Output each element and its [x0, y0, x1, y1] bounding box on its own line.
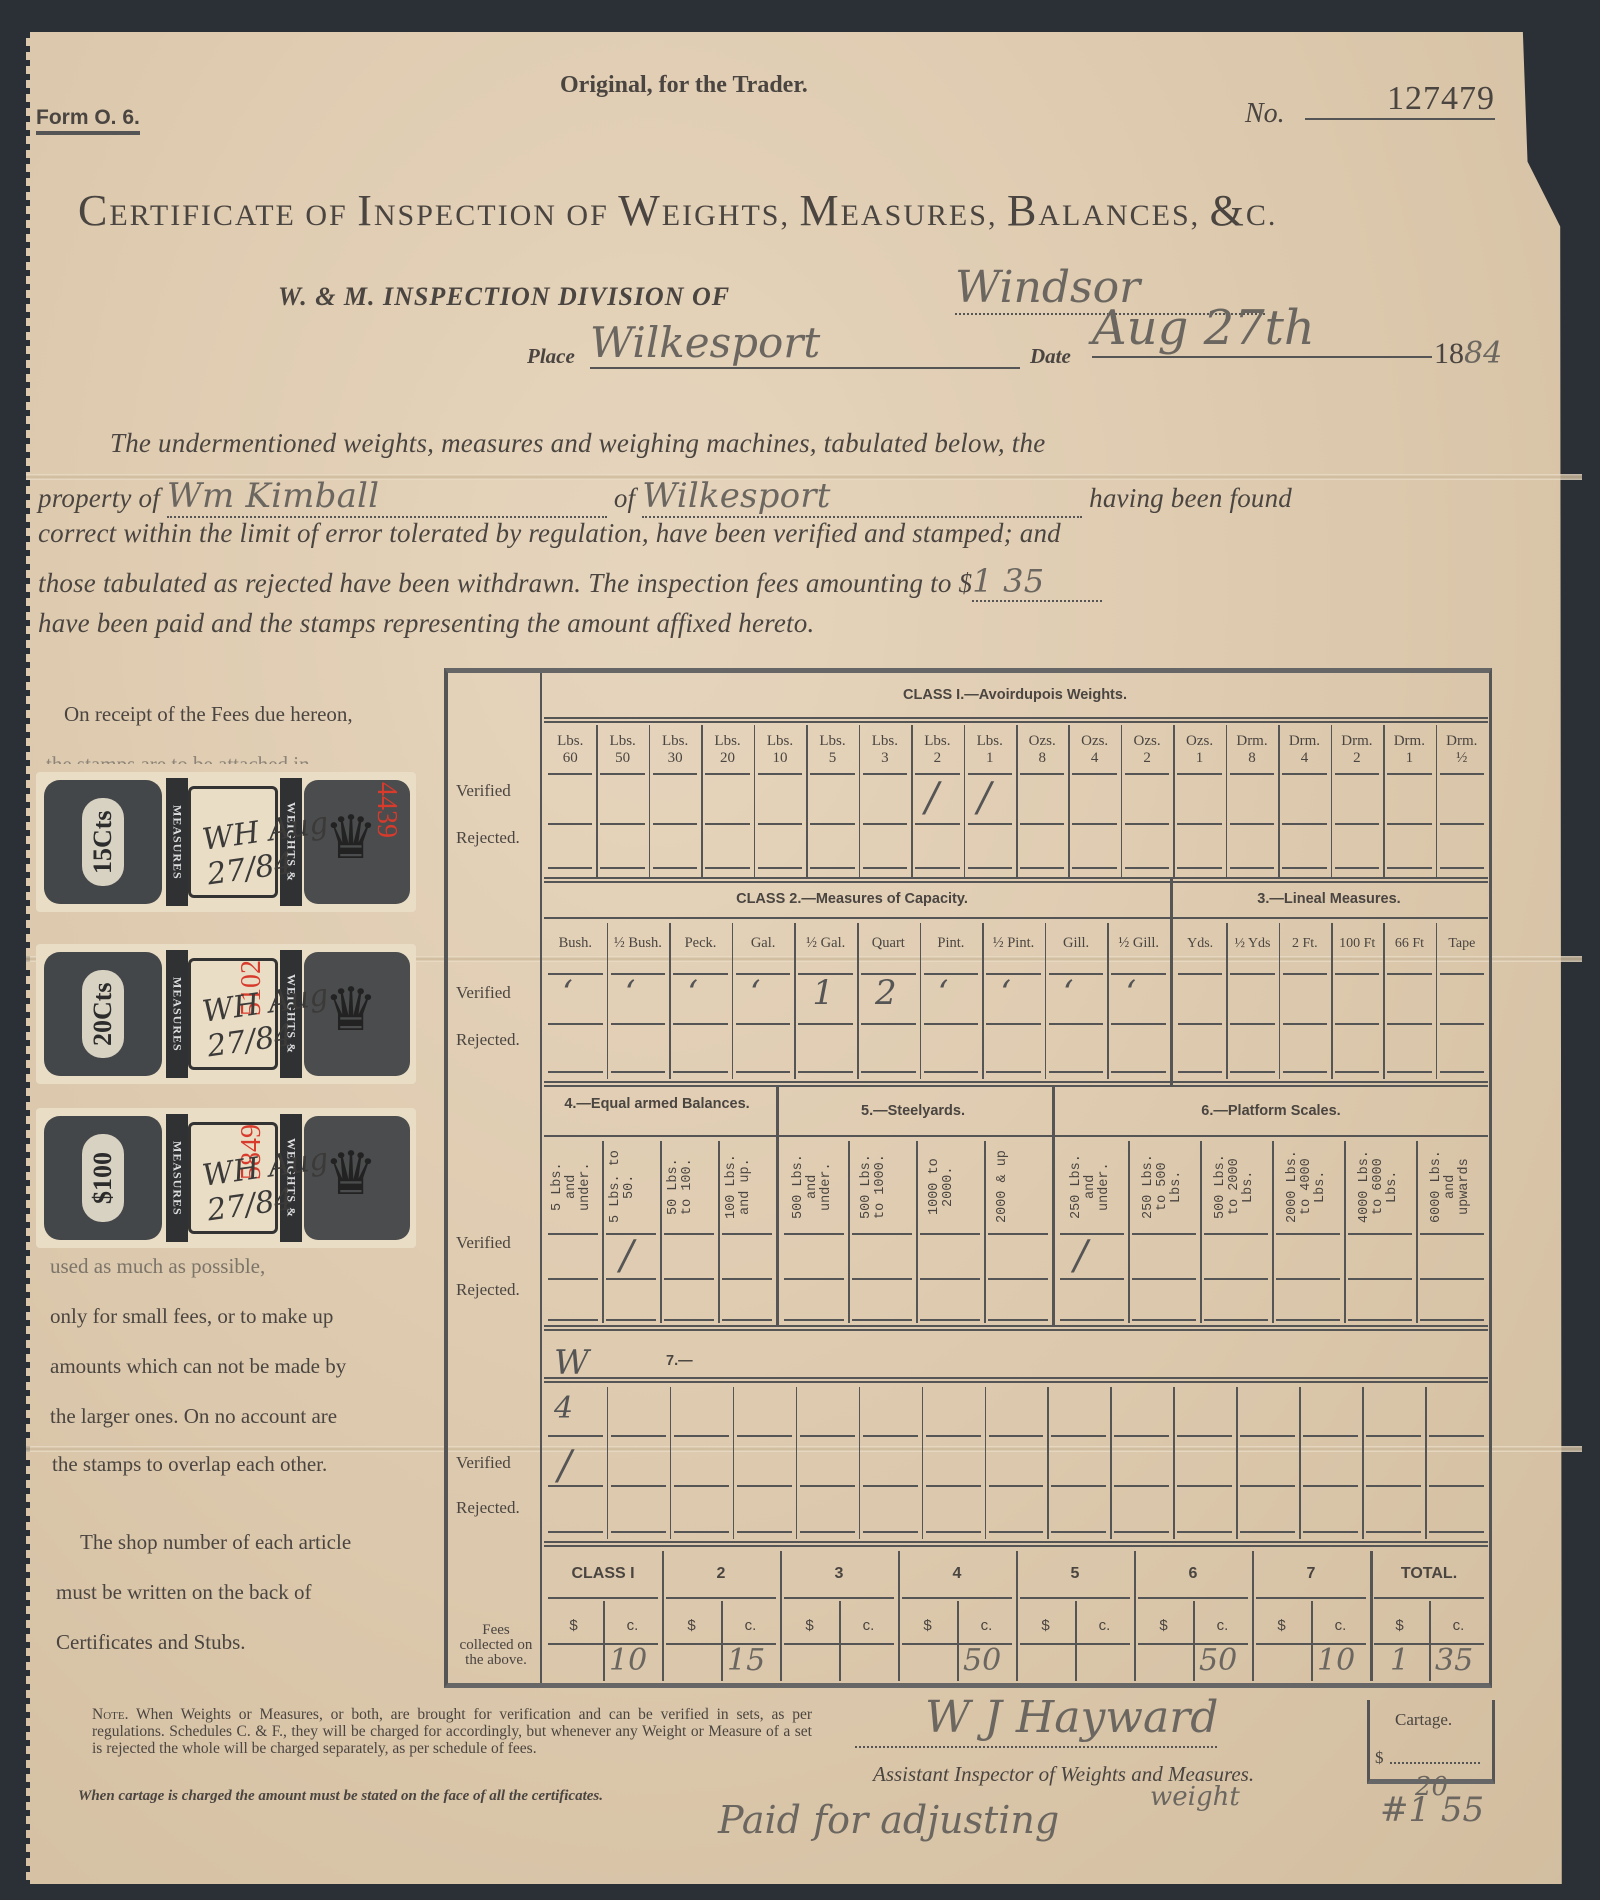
- class-7-verified-cell[interactable]: [1425, 1439, 1488, 1483]
- statement-line-3: correct within the limit of error tolera…: [38, 518, 1061, 549]
- fees-class-header: 3: [780, 1565, 898, 1583]
- class-2-column-header: Quart: [857, 935, 920, 952]
- statement-line-5: have been paid and the stamps representi…: [38, 608, 814, 639]
- class-2-verified-cell[interactable]: 2: [875, 973, 897, 1013]
- class-2-verified-cell[interactable]: ‘: [1125, 973, 1136, 1013]
- fees-dollar-header: $: [1016, 1617, 1075, 1634]
- class-2-verified-cell[interactable]: ‘: [562, 973, 573, 1013]
- class-1-verified-cell[interactable]: /: [925, 775, 938, 821]
- class-3-column-header: 100 Ft: [1331, 935, 1383, 952]
- cartage-note: When cartage is charged the amount must …: [78, 1788, 603, 1805]
- date-field[interactable]: Aug 27th: [1092, 300, 1432, 358]
- class-7-verified-cell[interactable]: [922, 1439, 985, 1483]
- class-7-rejected-cell[interactable]: [922, 1487, 985, 1529]
- class-1-column-header: Lbs.1: [964, 733, 1016, 767]
- fees-class-header: 6: [1134, 1565, 1252, 1583]
- class-7-rejected-cell[interactable]: [1425, 1487, 1488, 1529]
- class-7-verified-cell[interactable]: [1173, 1439, 1236, 1483]
- class-6-column-header: 500 Lbs. to 2000 Lbs.: [1214, 1147, 1258, 1227]
- class-2-title: CLASS 2.—Measures of Capacity.: [542, 891, 1162, 907]
- fees-cents-cell[interactable]: 50: [1199, 1643, 1237, 1678]
- class-2-verified-cell[interactable]: ‘: [687, 973, 698, 1013]
- fees-cents-header: c.: [839, 1617, 898, 1634]
- class-1-column-header: Lbs.2: [911, 733, 963, 767]
- class-2-column-header: Gill.: [1045, 935, 1108, 952]
- class-1-verified-cell[interactable]: /: [978, 775, 991, 821]
- instruction-line: only for small fees, or to make up: [50, 1304, 333, 1329]
- class-5-title: 5.—Steelyards.: [778, 1103, 1048, 1119]
- year-field: 1884: [1434, 336, 1502, 371]
- cartage-label: Cartage.: [1395, 1710, 1452, 1730]
- class-7-rejected-cell[interactable]: [733, 1487, 796, 1529]
- fees-class-header: 5: [1016, 1565, 1134, 1583]
- class-2-column-header: Gal.: [732, 935, 795, 952]
- class-2-verified-cell[interactable]: ‘: [1063, 973, 1074, 1013]
- class-1-title: CLASS I.—Avoirdupois Weights.: [542, 687, 1488, 703]
- fees-dollar-header: $: [780, 1617, 839, 1634]
- handwritten-paid-note: Paid for adjusting: [718, 1798, 1059, 1842]
- certificate-number-label: No.: [1245, 98, 1285, 130]
- instruction-line: the larger ones. On no account are: [50, 1404, 337, 1429]
- fees-dollars-cell[interactable]: 1: [1390, 1643, 1409, 1678]
- class-1-column-header: Ozs.8: [1016, 733, 1068, 767]
- class-5-column-header: 500 Lbs. and under.: [792, 1147, 836, 1227]
- class-7-verified-cell[interactable]: [1110, 1439, 1173, 1483]
- fees-class-header: 4: [898, 1565, 1016, 1583]
- class-2-column-header: ½ Bush.: [607, 935, 670, 952]
- class-2-column-header: ½ Pint.: [982, 935, 1045, 952]
- class-7-rejected-cell[interactable]: [1362, 1487, 1425, 1529]
- class-7-verified-cell[interactable]: [733, 1439, 796, 1483]
- class-3-column-header: 66 Ft: [1383, 935, 1435, 952]
- fees-cents-header: c.: [957, 1617, 1016, 1634]
- shop-number-instruction: The shop number of each article: [80, 1530, 351, 1555]
- fees-class-header: TOTAL.: [1370, 1565, 1488, 1583]
- cartage-dollar-sign: $: [1375, 1748, 1384, 1768]
- class-6-column-header: 6000 Lbs. and upwards: [1430, 1147, 1474, 1227]
- class-5-column-header: 500 Lbs. to 1000.: [860, 1147, 904, 1227]
- class-6-verified-cell[interactable]: /: [1074, 1233, 1087, 1279]
- class-7-verified-cell[interactable]: [985, 1439, 1048, 1483]
- class-2-verified-cell[interactable]: ‘: [1000, 973, 1011, 1013]
- class-1-column-header: Lbs.20: [701, 733, 753, 767]
- class-4-title: 4.—Equal armed Balances.: [542, 1097, 772, 1112]
- document-title: CERTIFICATE OF INSPECTION OF WEIGHTS, ME…: [78, 185, 1277, 236]
- class-7-verified-cell[interactable]: [859, 1439, 922, 1483]
- class-4-verified-cell[interactable]: /: [620, 1233, 633, 1279]
- class-7-rejected-cell[interactable]: [1173, 1487, 1236, 1529]
- statement-line-1: The undermentioned weights, measures and…: [110, 428, 1045, 459]
- class-5-column-header: 2000 & up: [996, 1147, 1040, 1227]
- class-7-handwritten-sub: 4: [554, 1391, 573, 1426]
- inspection-table: Verified Rejected. Verified Rejected. Ve…: [444, 668, 1492, 1688]
- class-1-column-header: Lbs.3: [859, 733, 911, 767]
- signature-line: [855, 1746, 1217, 1748]
- cartage-amount-field[interactable]: [1390, 1762, 1480, 1764]
- class-1-column-header: Drm.2: [1331, 733, 1383, 767]
- class-2-column-header: Peck.: [669, 935, 732, 952]
- class-4-column-header: 100 Lbs. and up.: [725, 1147, 769, 1227]
- class-7-rejected-cell[interactable]: [607, 1487, 670, 1529]
- fees-dollar-header: $: [662, 1617, 721, 1634]
- verified-label: Verified: [456, 781, 511, 801]
- fees-cents-cell[interactable]: 10: [1317, 1643, 1355, 1678]
- class-7-title: 7.—: [666, 1353, 706, 1369]
- fees-cents-header: c.: [1193, 1617, 1252, 1634]
- class-7-rejected-cell[interactable]: [1110, 1487, 1173, 1529]
- fees-cents-header: c.: [721, 1617, 780, 1634]
- instruction-line: On receipt of the Fees due hereon,: [64, 702, 353, 727]
- class-6-column-header: 2000 Lbs. to 4000 Lbs.: [1286, 1147, 1330, 1227]
- class-3-column-header: Yds.: [1174, 935, 1226, 952]
- statement-line-4: those tabulated as rejected have been wi…: [38, 562, 1102, 602]
- verified-label: Verified: [456, 1453, 511, 1473]
- class-7-verified-cell[interactable]: [1362, 1439, 1425, 1483]
- class-7-verified-cell[interactable]: [796, 1439, 859, 1483]
- verified-label: Verified: [456, 983, 511, 1003]
- revenue-stamp-15-cents: 15Cts MEASURES WEIGHTS & ♛ 4439 WH Aug 2…: [36, 772, 416, 912]
- date-label: Date: [1030, 344, 1071, 369]
- class-2-verified-cell[interactable]: ‘: [750, 973, 761, 1013]
- instruction-line: used as much as possible,: [50, 1254, 265, 1279]
- place-label: Place: [527, 344, 575, 369]
- class-7-rejected-cell[interactable]: [1299, 1487, 1362, 1529]
- class-1-column-header: Drm.1: [1383, 733, 1435, 767]
- rejected-label: Rejected.: [456, 1030, 520, 1050]
- class-4-column-header: 50 Lbs. to 100.: [667, 1147, 711, 1227]
- class-3-column-header: Tape: [1436, 935, 1488, 952]
- handwritten-paid-amount-top: 20: [1415, 1772, 1448, 1802]
- class-6-column-header: 250 Lbs. to 500 Lbs.: [1142, 1147, 1186, 1227]
- fees-dollar-header: $: [898, 1617, 957, 1634]
- handwritten-paid-note-weight: weight: [1150, 1782, 1240, 1812]
- class-4-column-header: 5 Lbs. and under.: [551, 1147, 595, 1227]
- owner-place-field[interactable]: Wilkesport: [642, 476, 1082, 518]
- class-2-column-header: ½ Gal.: [794, 935, 857, 952]
- class-7-rejected-cell[interactable]: [1047, 1487, 1110, 1529]
- shop-number-instruction: must be written on the back of: [56, 1580, 311, 1605]
- class-1-column-header: Drm.8: [1226, 733, 1278, 767]
- owner-name-field[interactable]: Wm Kimball: [167, 476, 607, 518]
- class-5-column-header: 1000 to 2000.: [928, 1147, 972, 1227]
- class-7-verified-cell[interactable]: [1299, 1439, 1362, 1483]
- class-2-verified-cell[interactable]: ‘: [625, 973, 636, 1013]
- class-6-column-header: 4000 Lbs. to 6000 Lbs.: [1358, 1147, 1402, 1227]
- fees-cents-header: c.: [1429, 1617, 1488, 1634]
- class-3-column-header: 2 Ft.: [1279, 935, 1331, 952]
- fees-dollar-header: $: [1252, 1617, 1311, 1634]
- fees-cents-cell[interactable]: 15: [727, 1643, 765, 1678]
- class-1-column-header: Drm.½: [1436, 733, 1488, 767]
- class-2-column-header: Bush.: [544, 935, 607, 952]
- class-1-column-header: Lbs.30: [649, 733, 701, 767]
- class-7-verified-cell[interactable]: [607, 1439, 670, 1483]
- fees-class-header: CLASS I: [544, 1565, 662, 1583]
- fees-cents-cell[interactable]: 50: [963, 1643, 1001, 1678]
- fees-amount-field[interactable]: 1 35: [972, 562, 1102, 602]
- fees-class-header: 7: [1252, 1565, 1370, 1583]
- rejected-label: Rejected.: [456, 1280, 520, 1300]
- class-2-verified-cell[interactable]: 1: [812, 973, 834, 1013]
- class-6-column-header: 250 Lbs. and under.: [1070, 1147, 1114, 1227]
- fees-cents-header: c.: [1075, 1617, 1134, 1634]
- division-label: W. & M. INSPECTION DIVISION OF: [278, 282, 730, 312]
- class-7-rejected-cell[interactable]: [985, 1487, 1048, 1529]
- class-2-verified-cell[interactable]: ‘: [938, 973, 949, 1013]
- fees-cents-header: c.: [603, 1617, 662, 1634]
- class-7-verified-cell[interactable]: [544, 1439, 607, 1483]
- class-1-column-header: Lbs.10: [754, 733, 806, 767]
- rejected-label: Rejected.: [456, 828, 520, 848]
- class-1-column-header: Drm.4: [1278, 733, 1330, 767]
- instruction-line: the stamps to overlap each other.: [52, 1452, 327, 1477]
- form-number-label: Form O. 6.: [36, 106, 140, 135]
- fees-dollar-header: $: [1134, 1617, 1193, 1634]
- instruction-line: the stamps are to be attached in: [46, 752, 310, 764]
- class-1-column-header: Ozs.2: [1121, 733, 1173, 767]
- fees-dollar-header: $: [1370, 1617, 1429, 1634]
- fees-class-header: 2: [662, 1565, 780, 1583]
- fees-row-label: Fees collected on the above.: [456, 1623, 536, 1668]
- class-3-column-header: ½ Yds: [1226, 935, 1278, 952]
- copy-label: Original, for the Trader.: [560, 72, 808, 99]
- inspector-signature: W J Hayward: [925, 1692, 1218, 1743]
- class-7-verified-cell[interactable]: [670, 1439, 733, 1483]
- fees-dollar-header: $: [544, 1617, 603, 1634]
- class-7-rejected-cell[interactable]: [1236, 1487, 1299, 1529]
- note-text: Note. When Weights or Measures, or both,…: [92, 1706, 812, 1757]
- class-1-column-header: Lbs.5: [806, 733, 858, 767]
- class-2-column-header: Pint.: [920, 935, 983, 952]
- revenue-stamp-20-cents: 20Cts MEASURES WEIGHTS & ♛ 5102 WH Aug 2…: [36, 944, 416, 1084]
- class-1-column-header: Ozs.4: [1068, 733, 1120, 767]
- class-7-verified-cell[interactable]: [1047, 1439, 1110, 1483]
- class-7-verified-cell[interactable]: [1236, 1439, 1299, 1483]
- fees-cents-cell[interactable]: 35: [1435, 1643, 1473, 1678]
- class-4-column-header: 5 Lbs. to 50.: [609, 1147, 653, 1227]
- class-6-title: 6.—Platform Scales.: [1054, 1103, 1488, 1119]
- shop-number-instruction: Certificates and Stubs.: [56, 1630, 246, 1655]
- class-7-rejected-cell[interactable]: [796, 1487, 859, 1529]
- certificate-number: 127479: [1305, 80, 1495, 120]
- revenue-stamp-1-dollar: $100 MEASURES WEIGHTS & ♛ 5849 WH Aug 27…: [36, 1108, 416, 1248]
- class-2-column-header: ½ Gill.: [1107, 935, 1170, 952]
- class-1-column-header: Ozs.1: [1173, 733, 1225, 767]
- rejected-label: Rejected.: [456, 1498, 520, 1518]
- statement-line-2: property of Wm Kimball of Wilkesport hav…: [38, 476, 1292, 518]
- class-3-title: 3.—Lineal Measures.: [1170, 891, 1488, 907]
- class-1-column-header: Lbs.50: [596, 733, 648, 767]
- fees-cents-header: c.: [1311, 1617, 1370, 1634]
- class-7-rejected-cell[interactable]: [859, 1487, 922, 1529]
- class-1-column-header: Lbs.60: [544, 733, 596, 767]
- fees-cents-cell[interactable]: 10: [609, 1643, 647, 1678]
- instruction-line: amounts which can not be made by: [50, 1354, 346, 1379]
- class-7-rejected-cell[interactable]: [670, 1487, 733, 1529]
- place-field[interactable]: Wilkesport: [590, 318, 1020, 369]
- verified-label: Verified: [456, 1233, 511, 1253]
- class-7-rejected-cell[interactable]: [544, 1487, 607, 1529]
